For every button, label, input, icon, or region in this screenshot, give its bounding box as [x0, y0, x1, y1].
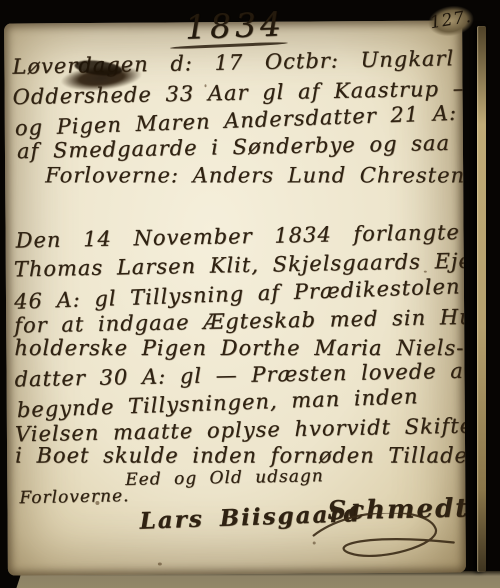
paper-speck — [95, 501, 99, 505]
entry-line: Den 14 November 1834 forlangte Hr — [15, 219, 466, 253]
paper-speck — [158, 563, 162, 566]
year-heading: 1834 — [149, 3, 320, 48]
page-number: 127. — [426, 3, 476, 40]
forlovere-label: Forloverne. — [19, 486, 129, 508]
paper: Løverdagen d: 17 Octbr: Ungkarl Niels Od… — [4, 20, 466, 575]
scanned-register-page: Løverdagen d: 17 Octbr: Ungkarl Niels Od… — [0, 0, 500, 588]
entry-line: Forloverne: Anders Lund Chresten Oddersh… — [45, 163, 466, 187]
entry-line: i Boet skulde inden fornøden Tilladelse … — [15, 444, 466, 468]
book-page-edge — [477, 26, 486, 572]
paper-speck — [369, 451, 372, 455]
oath-line: Eed og Old udsagn — [125, 466, 324, 490]
paper-speck — [205, 84, 207, 87]
paper-speck — [313, 541, 316, 544]
entry-line: holderske Pigen Dorthe Maria Niels- — [14, 336, 464, 360]
paper-speck — [424, 271, 427, 273]
signature-flourish — [308, 512, 458, 567]
